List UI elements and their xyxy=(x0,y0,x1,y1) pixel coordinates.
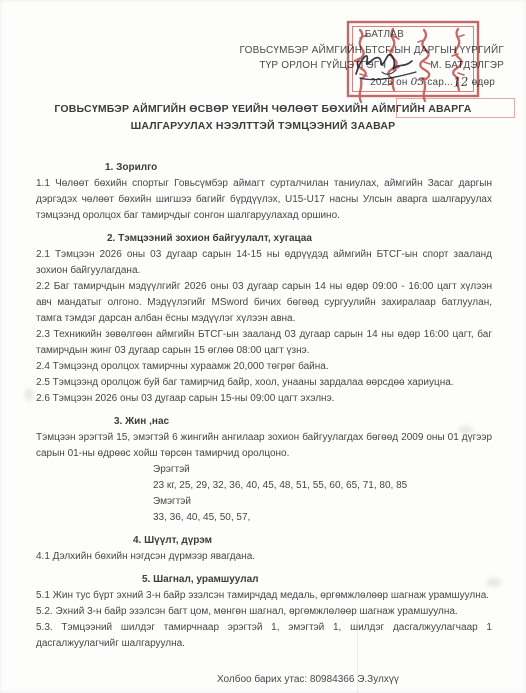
weight-list-women: 33, 36, 40, 45, 50, 57, xyxy=(153,510,492,526)
section-goal: 1. Зорилго 1.1 Чөлөөт бөхийн спортыг Гов… xyxy=(36,160,492,224)
paragraph: 1.1 Чөлөөт бөхийн спортыг Говьсүмбэр айм… xyxy=(36,176,492,224)
section-heading: 5. Шагнал, урамшуулал xyxy=(36,572,492,588)
date-line: 2026 он 03 сар...12 өдөр xyxy=(0,74,504,91)
document-body: 1. Зорилго 1.1 Чөлөөт бөхийн спортыг Гов… xyxy=(0,135,526,688)
org-line: ГОВЬСҮМБЭР АЙМГИЙН БТСГ-ЫН ДАРГЫН ҮҮРГИЙ… xyxy=(0,43,504,59)
signatory-line: ТҮР ОРЛОН ГҮЙЦЭТГЭГЧМ. БАТДЭЛГЭР xyxy=(0,58,504,74)
document-title: ГОВЬСҮМБЭР АЙМГИЙН ӨСВӨР ҮЕИЙН ЧӨЛӨӨТ БӨ… xyxy=(0,101,526,135)
section-heading: 3. Жин ,нас xyxy=(36,414,492,430)
date-month-label: сар... xyxy=(427,77,453,88)
role-label: ТҮР ОРЛОН ГҮЙЦЭТГЭГЧ xyxy=(259,60,386,71)
handwritten-month: 03 xyxy=(411,76,425,88)
paragraph: Тэмцээн эрэгтэй 15, эмэгтэй 6 жингийн ан… xyxy=(36,430,492,462)
title-line-2: ШАЛГАРУУЛАХ НЭЭЛТТЭЙ ТЭМЦЭЭНИЙ ЗААВАР xyxy=(0,118,526,135)
paragraph: 2.3 Техникийн зөвөлгөөн аймгийн БТСГ-ын … xyxy=(36,327,492,359)
section-heading: 1. Зорилго xyxy=(36,160,492,176)
title-line-1: ГОВЬСҮМБЭР АЙМГИЙН ӨСВӨР ҮЕИЙН ЧӨЛӨӨТ БӨ… xyxy=(0,101,526,118)
approval-header: БАТЛАВ ГОВЬСҮМБЭР АЙМГИЙН БТСГ-ЫН ДАРГЫН… xyxy=(0,0,526,90)
paragraph: 2.5 Тэмцээнд оролцож буй баг тамирчид ба… xyxy=(36,375,492,391)
paragraph: 2.4 Тэмцээнд оролцох тамирчны хураамж 20… xyxy=(36,359,492,375)
section-weight-age: 3. Жин ,нас Тэмцээн эрэгтэй 15, эмэгтэй … xyxy=(36,414,492,526)
section-heading: 2. Тэмцээний зохион байгуулалт, хугацаа xyxy=(36,231,492,247)
paragraph: 5.2. Эхний 3-н байр эзэлсэн багт цом, мө… xyxy=(36,604,492,620)
paragraph: 5.1 Жин тус бүрт эхний 3-н байр эзэлсэн … xyxy=(36,588,492,604)
approval-label: БАТЛАВ xyxy=(0,27,504,43)
section-organization: 2. Тэмцээний зохион байгуулалт, хугацаа … xyxy=(36,231,492,407)
date-day-label: өдөр xyxy=(472,77,495,88)
weight-category-list: Эрэгтэй 23 кг, 25, 29, 32, 36, 40, 45, 4… xyxy=(36,462,492,526)
paragraph: 4.1 Дэлхийн бөхийн нэгдсэн дүрмээр явагд… xyxy=(36,549,492,565)
scanned-document-page: БАТЛАВ ГОВЬСҮМБЭР АЙМГИЙН БТСГ-ЫН ДАРГЫН… xyxy=(0,0,526,693)
section-awards: 5. Шагнал, урамшуулал 5.1 Жин тус бүрт э… xyxy=(36,572,492,652)
paragraph: 2.1 Тэмцээн 2026 оны 03 дугаар сарын 14-… xyxy=(36,247,492,279)
section-heading: 4. Шүүлт, дүрэм xyxy=(36,533,492,549)
signatory-name: М. БАТДЭЛГЭР xyxy=(430,60,504,71)
date-year-label: 2026 он xyxy=(370,77,408,88)
section-rules: 4. Шүүлт, дүрэм 4.1 Дэлхийн бөхийн нэгдс… xyxy=(36,533,492,565)
weight-list-label-men: Эрэгтэй xyxy=(153,462,492,478)
paragraph: 2.6 Тэмцээн 2026 оны 03 дугаар сарын 15-… xyxy=(36,391,492,407)
contact-line: Холбоо барих утас: 80984366 Э.Зулхүү xyxy=(36,672,492,688)
handwritten-day: 12 xyxy=(453,74,470,91)
paragraph: 5.3. Тэмцээний шилдэг тамирчнаар эрэгтэй… xyxy=(36,620,492,652)
weight-list-men: 23 кг, 25, 29, 32, 36, 40, 45, 48, 51, 5… xyxy=(153,478,492,494)
weight-list-label-women: Эмэгтэй xyxy=(153,494,492,510)
paragraph: 2.2 Баг тамирчдын мэдүүлгийг 2026 оны 03… xyxy=(36,279,492,327)
